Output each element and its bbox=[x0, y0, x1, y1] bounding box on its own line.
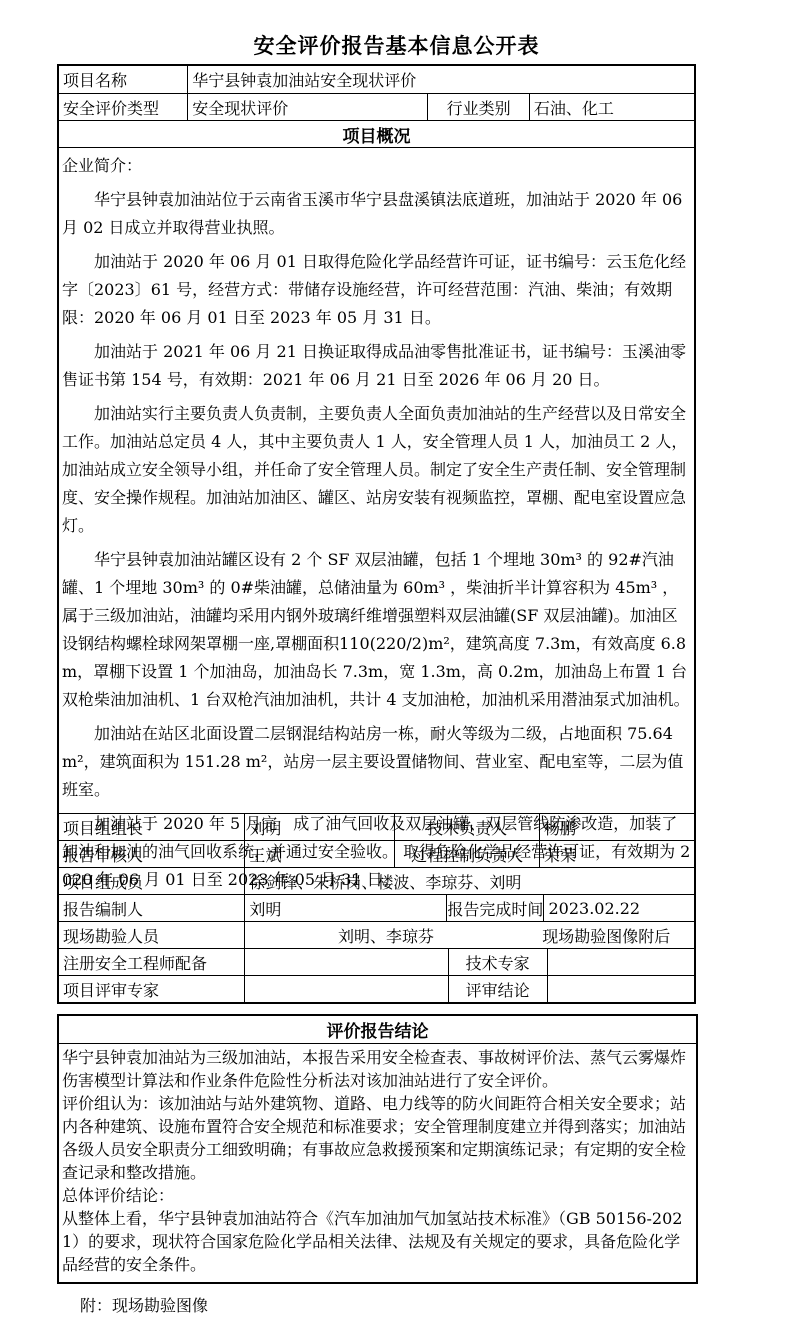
team-members-label: 项目组成员 bbox=[59, 867, 244, 894]
finish-time-label: 报告完成时间 bbox=[446, 894, 543, 921]
tech-expert-label: 技术专家 bbox=[448, 948, 547, 975]
table-row: 项目名称 华宁县钟袁加油站安全现状评价 bbox=[59, 66, 694, 93]
table-row: 现场勘验人员 刘明、李琼芬 现场勘验图像附后 bbox=[59, 921, 694, 948]
table-row: 项目概况 bbox=[59, 120, 694, 147]
survey-staff-label: 现场勘验人员 bbox=[59, 921, 244, 948]
conclusion-header: 评价报告结论 bbox=[59, 1016, 696, 1043]
registered-engineer-value bbox=[244, 948, 447, 975]
industry-value: 石油、化工 bbox=[529, 93, 694, 120]
table-row: 报告审核人 王斌 过程控制负责人 荣荣 bbox=[59, 840, 694, 867]
review-conclusion-value bbox=[547, 975, 694, 1002]
overview-text-cell: 企业简介： 华宁县钟袁加油站位于云南省玉溪市华宁县盘溪镇法底道班，加油站于 20… bbox=[59, 147, 694, 813]
review-expert-value bbox=[244, 975, 447, 1002]
table-row: 项目组成员 徐剑锋、朱桥岗、楼波、李琼芬、刘明 bbox=[59, 867, 694, 894]
survey-image-note: 现场勘验图像附后 bbox=[523, 924, 690, 947]
document-title: 安全评价报告基本信息公开表 bbox=[0, 30, 793, 60]
table-row: 注册安全工程师配备 技术专家 bbox=[59, 948, 694, 975]
overview-paragraph: 加油站于 2020 年 06 月 01 日取得危险化学品经营许可证，证书编号：云… bbox=[62, 248, 691, 332]
document-page: 安全评价报告基本信息公开表 项目名称 华宁县钟袁加油站安全现状评价 安全评价类型… bbox=[0, 0, 793, 1341]
overview-section-header: 项目概况 bbox=[59, 120, 694, 147]
team-leader-label: 项目组组长 bbox=[59, 813, 244, 840]
process-control-label: 过程控制负责人 bbox=[394, 840, 539, 867]
table-row: 项目评审专家 评审结论 bbox=[59, 975, 694, 1002]
review-expert-label: 项目评审专家 bbox=[59, 975, 244, 1002]
project-name-value: 华宁县钟袁加油站安全现状评价 bbox=[187, 66, 694, 93]
registered-engineer-label: 注册安全工程师配备 bbox=[59, 948, 244, 975]
tech-lead-label: 技术负责人 bbox=[394, 813, 539, 840]
overview-paragraph: 企业简介： bbox=[62, 152, 691, 180]
finish-time-value: 2023.02.22 bbox=[543, 894, 693, 921]
table-row: 项目组组长 刘明 技术负责人 杨鹏 bbox=[59, 813, 694, 840]
table-row: 安全评价类型 安全现状评价 行业类别 石油、化工 bbox=[59, 93, 694, 120]
process-control-value: 荣荣 bbox=[539, 840, 694, 867]
project-name-label: 项目名称 bbox=[59, 66, 187, 93]
survey-staff-cell: 刘明、李琼芬 现场勘验图像附后 bbox=[244, 921, 694, 948]
tech-lead-value: 杨鹏 bbox=[539, 813, 694, 840]
overview-paragraph: 加油站于 2021 年 06 月 21 日换证取得成品油零售批准证书，证书编号：… bbox=[62, 338, 691, 394]
team-leader-value: 刘明 bbox=[244, 813, 394, 840]
tech-expert-value bbox=[547, 948, 694, 975]
conclusion-paragraph: 从整体上看，华宁县钟袁加油站符合《汽车加油加气加氢站技术标准》（GB 50156… bbox=[62, 1207, 693, 1276]
report-reviewer-label: 报告审核人 bbox=[59, 840, 244, 867]
survey-staff-value: 刘明、李琼芬 bbox=[249, 924, 522, 947]
basic-info-table: 项目名称 华宁县钟袁加油站安全现状评价 安全评价类型 安全现状评价 行业类别 石… bbox=[57, 64, 696, 1004]
eval-type-value: 安全现状评价 bbox=[187, 93, 427, 120]
conclusion-text-cell: 华宁县钟袁加油站为三级加油站，本报告采用安全检查表、事故树评价法、蒸气云雾爆炸伤… bbox=[59, 1043, 696, 1282]
review-conclusion-label: 评审结论 bbox=[448, 975, 547, 1002]
table-row: 企业简介： 华宁县钟袁加油站位于云南省玉溪市华宁县盘溪镇法底道班，加油站于 20… bbox=[59, 147, 694, 813]
conclusion-paragraph: 评价组认为：该加油站与站外建筑物、道路、电力线等的防火间距符合相关安全要求；站内… bbox=[62, 1092, 693, 1184]
table-row: 报告编制人 刘明 报告完成时间 2023.02.22 bbox=[59, 894, 694, 921]
industry-label: 行业类别 bbox=[427, 93, 529, 120]
conclusion-paragraph: 华宁县钟袁加油站为三级加油站，本报告采用安全检查表、事故树评价法、蒸气云雾爆炸伤… bbox=[62, 1046, 693, 1092]
overview-paragraph: 华宁县钟袁加油站罐区设有 2 个 SF 双层油罐，包括 1 个埋地 30m³ 的… bbox=[62, 546, 691, 714]
eval-type-label: 安全评价类型 bbox=[59, 93, 187, 120]
overview-paragraph: 华宁县钟袁加油站位于云南省玉溪市华宁县盘溪镇法底道班，加油站于 2020 年 0… bbox=[62, 186, 691, 242]
report-reviewer-value: 王斌 bbox=[244, 840, 394, 867]
conclusion-table: 评价报告结论 华宁县钟袁加油站为三级加油站，本报告采用安全检查表、事故树评价法、… bbox=[57, 1014, 698, 1284]
table-row: 华宁县钟袁加油站为三级加油站，本报告采用安全检查表、事故树评价法、蒸气云雾爆炸伤… bbox=[59, 1043, 696, 1282]
overview-paragraph: 加油站在站区北面设置二层钢混结构站房一栋，耐火等级为二级，占地面积 75.64 … bbox=[62, 720, 691, 804]
conclusion-paragraph: 总体评价结论： bbox=[62, 1184, 693, 1207]
table-row: 评价报告结论 bbox=[59, 1016, 696, 1043]
report-author-value: 刘明 bbox=[244, 894, 446, 921]
team-members-value: 徐剑锋、朱桥岗、楼波、李琼芬、刘明 bbox=[244, 867, 694, 894]
report-author-label: 报告编制人 bbox=[59, 894, 244, 921]
overview-paragraph: 加油站实行主要负责人负责制，主要负责人全面负责加油站的生产经营以及日常安全工作。… bbox=[62, 400, 691, 540]
attachment-note: 附：现场勘验图像 bbox=[80, 1293, 208, 1316]
